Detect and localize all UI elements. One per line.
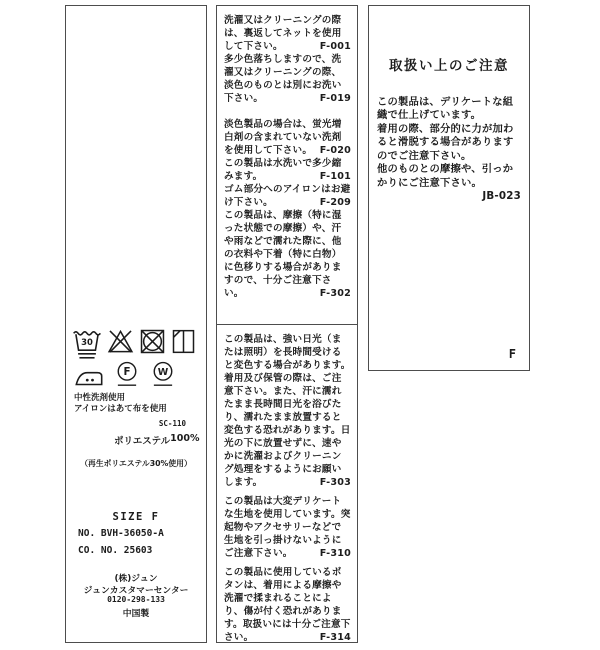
item-number: NO. BVH-36050-A — [78, 528, 164, 539]
care-instruction: この製品は、強い日光（または照明）を長時間受けると変色する場合があります。着用及… — [224, 333, 351, 489]
care-instruction: ゴム部分へのアイロンはお避け下さい。 F-209 — [224, 183, 351, 209]
iron-low-icon — [74, 367, 104, 388]
handling-notes-text: この製品は、デリケートな組織で仕上げています。 着用の際、部分的に力が加わると滑… — [377, 96, 513, 189]
wash-30-very-mild-icon: 30 — [72, 328, 102, 360]
iron-cloth-note: アイロンはあて布を使用 — [74, 402, 167, 414]
care-symbols-row-1: 30 — [72, 328, 196, 360]
material-name: ポリエステル — [114, 433, 170, 447]
care-instruction: 多少色落ちしますので、洗濯又はクリーニングの際、淡色のものとは別にお洗い下さい。… — [224, 53, 351, 105]
handling-notes-body: この製品は、デリケートな組織で仕上げています。 着用の際、部分的に力が加わると滑… — [377, 82, 521, 204]
care-instruction: この製品は大変デリケートな生地を使用しています。突起物やアクセサリーなどで生地を… — [224, 495, 351, 560]
handling-notes-panel: 取扱い上のご注意 この製品は、デリケートな組織で仕上げています。 着用の際、部分… — [368, 5, 530, 371]
phone-number: 0120-298-133 — [66, 595, 206, 604]
fabric-caution-section: この製品は、強い日光（または照明）を長時間受けると変色する場合があります。着用及… — [224, 333, 351, 644]
care-instruction-code: F-101 — [320, 170, 351, 183]
dryclean-letter: F — [123, 366, 130, 378]
size-label: SIZE F — [66, 511, 206, 523]
care-instruction-code: F-020 — [320, 144, 351, 157]
care-instruction-code: F-303 — [320, 476, 351, 489]
material-percentage: 100% — [170, 433, 199, 447]
fabric-care-panel: 30 F W — [65, 5, 207, 643]
care-instruction: 淡色製品の場合は、蛍光増白剤の含まれていない洗剤を使用して下さい。 F-020 — [224, 118, 351, 157]
material-row: ポリエステル 100% — [114, 433, 190, 447]
do-not-tumble-dry-icon — [139, 328, 166, 355]
wash-temperature: 30 — [81, 337, 93, 347]
dryclean-f-icon: F — [114, 361, 140, 388]
care-instruction-code: F-019 — [320, 92, 351, 105]
wetclean-letter: W — [158, 367, 169, 378]
care-instruction: この製品は水洗いで多少縮みます。 F-101 — [224, 157, 351, 183]
handling-notes-title: 取扱い上のご注意 — [375, 54, 523, 74]
care-instruction-text: この製品は、強い日光（または照明）を長時間受けると変色する場合があります。着用及… — [224, 334, 351, 488]
care-instruction-code: F-209 — [320, 196, 351, 209]
care-instructions-panel: 洗濯又はクリーニングの際は、裏返してネットを使用して下さい。 F-001 多少色… — [216, 5, 358, 643]
care-instruction-code: F-001 — [320, 40, 351, 53]
recycled-material-note: （再生ポリエステル30%使用） — [66, 458, 206, 469]
care-instruction: この製品に使用しているボタンは、着用による摩擦や洗濯で揉まれることにより、傷が付… — [224, 566, 351, 644]
wash-instructions-section: 洗濯又はクリーニングの際は、裏返してネットを使用して下さい。 F-001 多少色… — [224, 14, 351, 300]
care-instruction-code: F-302 — [320, 287, 351, 300]
line-dry-in-shade-icon — [171, 328, 196, 355]
country-of-origin: 中国製 — [66, 606, 206, 619]
handling-notes-code: JB-023 — [482, 190, 521, 204]
size-mark: F — [509, 347, 516, 361]
do-not-bleach-icon — [107, 328, 134, 355]
sc-code: SC-110 — [159, 419, 186, 428]
care-instruction-code: F-310 — [320, 547, 351, 560]
care-symbols-row-2: F W — [74, 361, 176, 388]
care-instruction-code: F-314 — [320, 631, 351, 644]
company-number: CO. NO. 25603 — [78, 545, 152, 556]
wetclean-w-icon: W — [150, 361, 176, 388]
care-instruction: この製品は、摩擦（特に湿った状態での摩擦）や、汗や雨などで濡れた際に、他の衣料や… — [224, 209, 351, 300]
section-divider — [217, 324, 357, 325]
care-instruction-text: この製品は、摩擦（特に湿った状態での摩擦）や、汗や雨などで濡れた際に、他の衣料や… — [224, 210, 342, 299]
care-instruction: 洗濯又はクリーニングの際は、裏返してネットを使用して下さい。 F-001 — [224, 14, 351, 53]
